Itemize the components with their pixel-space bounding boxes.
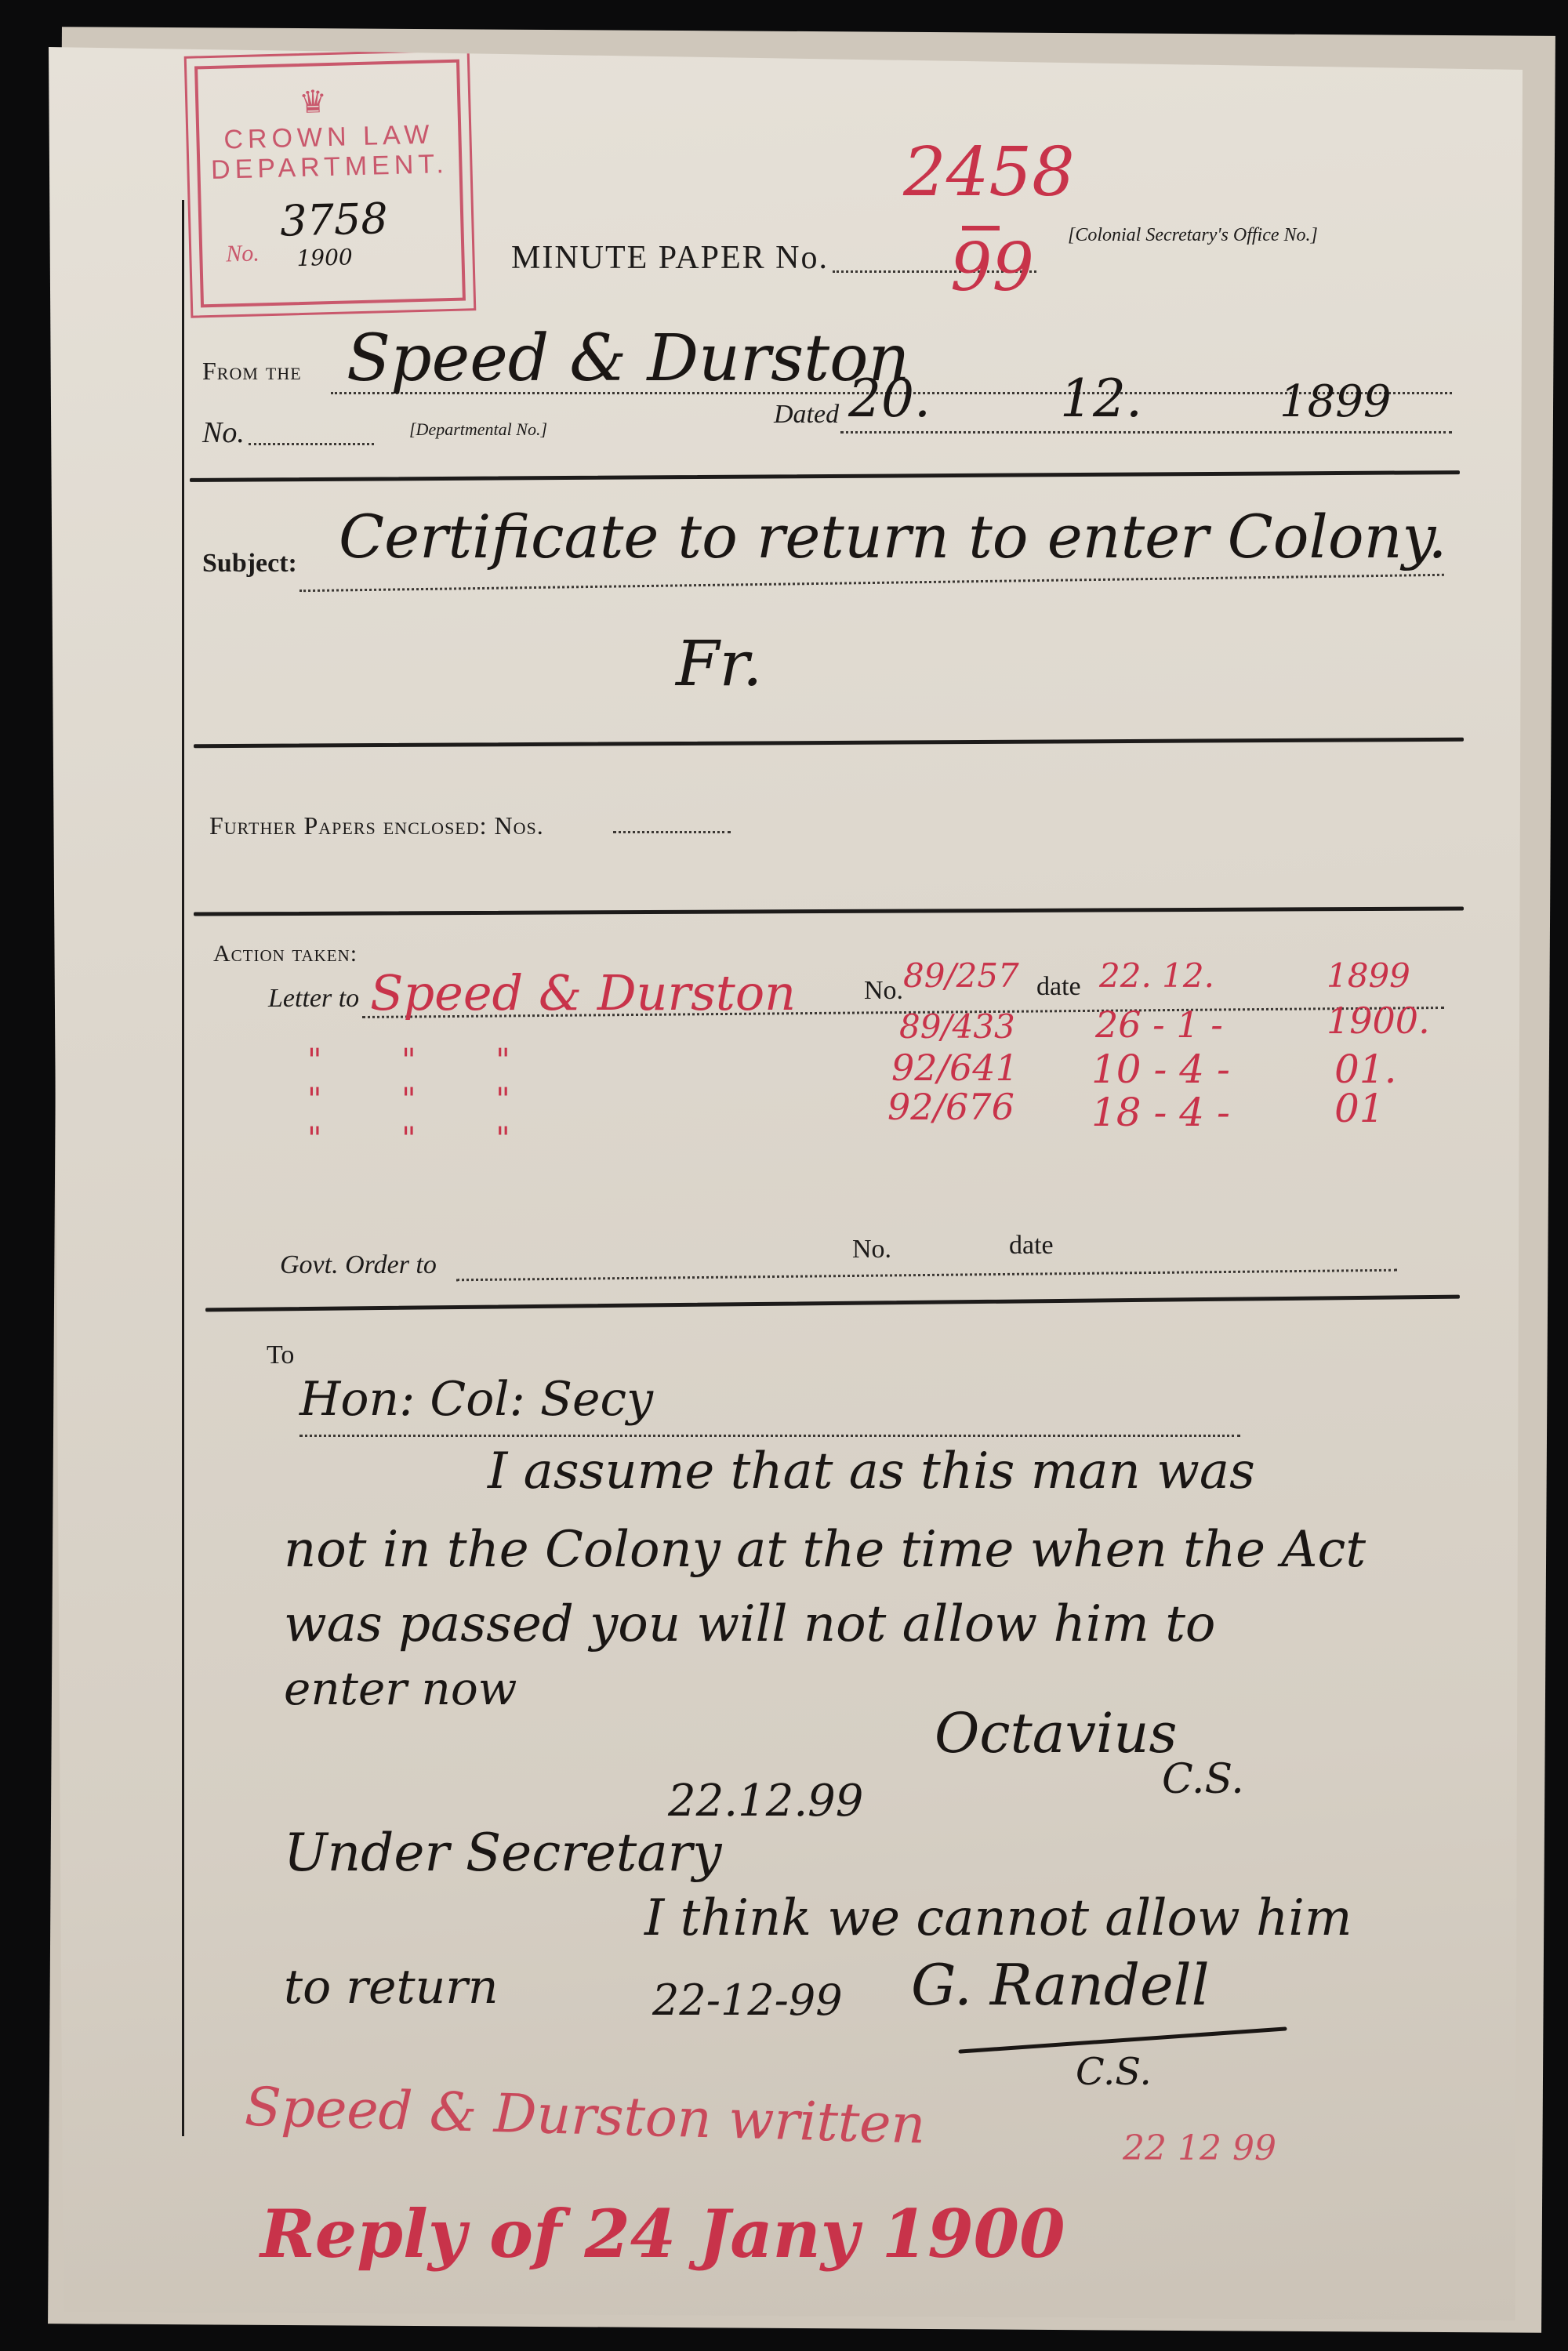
section-divider: [194, 906, 1464, 916]
minute-body-line: was passed you will not allow him to: [284, 1595, 1215, 1653]
subject-initials: Fr.: [676, 627, 762, 700]
office-number-bottom: 99: [950, 229, 1034, 306]
office-no-label: [Colonial Secretary's Office No.]: [1068, 225, 1318, 246]
under-secretary-label: Under Secretary: [284, 1823, 722, 1883]
govt-date-label: date: [1009, 1231, 1054, 1261]
letter-date-label: date: [1036, 972, 1081, 1002]
letter-to-value: Speed & Durston: [370, 964, 796, 1021]
page-title: MINUTE PAPER No.: [511, 239, 829, 277]
reply-line: I think we cannot allow him: [644, 1889, 1352, 1947]
section-divider: [190, 470, 1460, 482]
dated-day: 20.: [848, 368, 931, 429]
dated-year: 1899: [1279, 376, 1392, 427]
section-divider: [205, 1295, 1460, 1312]
red-note-written: Speed & Durston written: [244, 2077, 926, 2157]
action-row-no: 89/433: [899, 1007, 1015, 1046]
departmental-no-label: [Departmental No.]: [409, 419, 547, 440]
action-row-date: 26 - 1 -: [1095, 1003, 1223, 1046]
stamp-number: 3758: [279, 194, 388, 246]
action-row-ditto: " " ": [307, 1121, 510, 1157]
dept-no-dotted-line: [249, 443, 374, 445]
action-row-no: 92/676: [887, 1086, 1014, 1128]
action-row-ditto: " " ": [307, 1043, 510, 1079]
further-papers-dotted-line: [613, 831, 731, 833]
minute-date-1: 22.12.99: [668, 1776, 863, 1827]
to-label: To: [267, 1341, 294, 1370]
further-papers-label: Further Papers enclosed: Nos.: [209, 811, 544, 840]
action-row-date: 18 - 4 -: [1091, 1090, 1230, 1135]
action-row-no: 92/641: [891, 1047, 1018, 1089]
signature-1: Octavius: [935, 1701, 1177, 1765]
letter-to-label: Letter to: [268, 984, 359, 1014]
red-note-written-date: 22 12 99: [1123, 2128, 1276, 2168]
dated-dotted-line: [840, 431, 1452, 434]
govt-order-label: Govt. Order to: [280, 1250, 437, 1280]
minute-body-line: not in the Colony at the time when the A…: [284, 1521, 1366, 1579]
minute-body-line: enter now: [284, 1662, 517, 1715]
action-row-year: 1900.: [1327, 1000, 1430, 1042]
stamp-year: 1900: [296, 244, 353, 271]
subject-value: Certificate to return to enter Colony.: [339, 502, 1447, 571]
further-papers-text: Further Papers enclosed:: [209, 811, 488, 840]
action-taken-label: Action taken:: [213, 941, 358, 967]
minute-date-2: 22-12-99: [652, 1975, 843, 2025]
action-row-date: 22. 12.: [1099, 956, 1214, 995]
action-row: 89/257: [903, 956, 1019, 995]
red-note-reply: Reply of 24 Jany 1900: [260, 2195, 1065, 2273]
letter-no-label: No.: [864, 976, 903, 1006]
dated-label: Dated: [774, 400, 839, 430]
action-row-year: 01: [1334, 1086, 1385, 1131]
action-row-year: 1899: [1327, 956, 1410, 995]
left-margin-rule: [182, 200, 184, 2136]
action-row-date: 10 - 4 -: [1091, 1047, 1230, 1092]
addressee-dotted-line: [299, 1435, 1240, 1437]
signature-2: G. Randell: [911, 1952, 1210, 2018]
addressee: Hon: Col: Secy: [299, 1372, 653, 1427]
govt-no-label: No.: [852, 1235, 891, 1264]
minute-paper: ♛ CROWN LAW DEPARTMENT. No. 3758 1900 MI…: [49, 47, 1523, 2320]
signature-1-sub: C.S.: [1162, 1756, 1244, 1803]
signature-2-sub: C.S.: [1076, 2050, 1152, 2094]
crown-law-stamp: ♛ CROWN LAW DEPARTMENT. No. 3758 1900: [194, 60, 466, 308]
action-row-ditto: " " ": [307, 1082, 510, 1118]
dept-no-label: No.: [202, 415, 245, 450]
section-divider: [194, 738, 1464, 748]
govt-order-dotted-line: [456, 1269, 1397, 1282]
from-value: Speed & Durston: [347, 321, 909, 396]
office-number-top: 2458: [903, 133, 1075, 212]
action-row-no: 89/257: [903, 956, 1019, 995]
dated-month: 12.: [1060, 368, 1142, 429]
from-label: From the: [202, 357, 302, 386]
stamp-line-2: DEPARTMENT.: [200, 149, 459, 187]
subject-label: Subject:: [202, 549, 297, 579]
crown-icon: ♛: [299, 83, 328, 121]
subject-dotted-line: [299, 574, 1444, 592]
minute-body-line: I assume that as this man was: [488, 1442, 1255, 1500]
further-papers-nos-label: Nos.: [495, 811, 544, 840]
stamp-no-label: No.: [226, 240, 260, 267]
reply-continuation: to return: [284, 1960, 499, 2015]
